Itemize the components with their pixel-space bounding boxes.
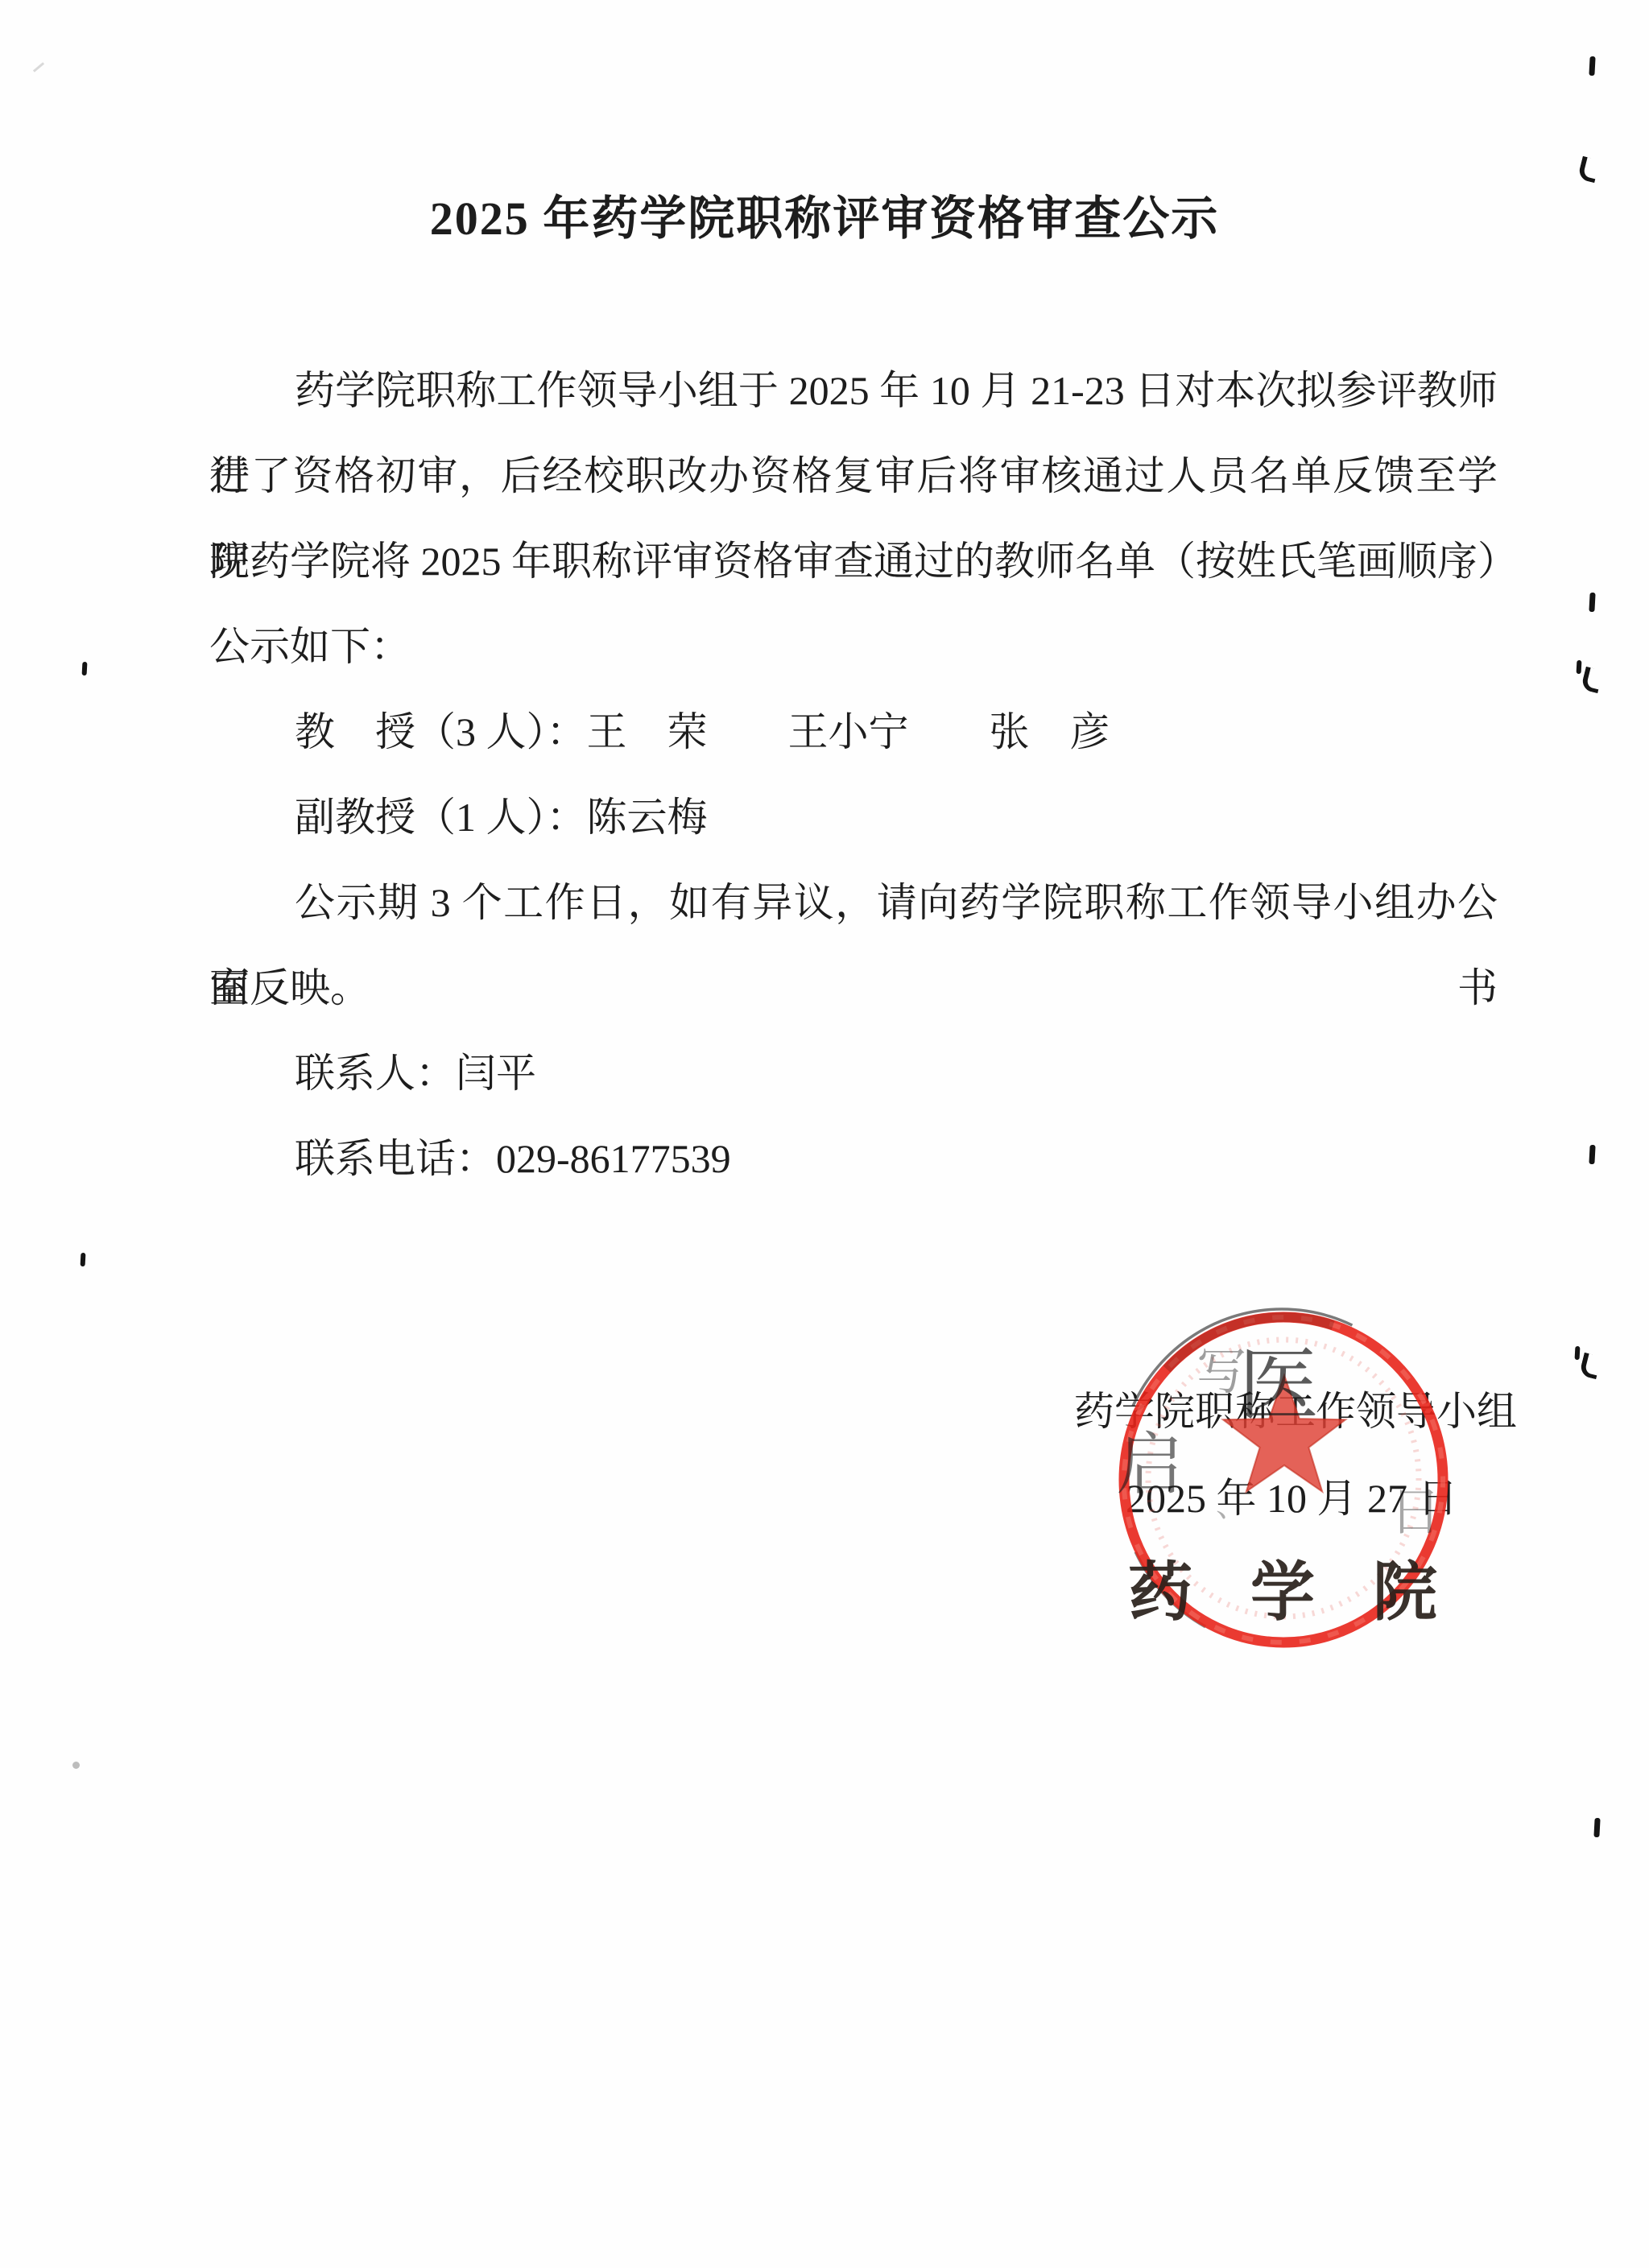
noise-mark [82,662,88,675]
noise-mark [1589,593,1595,612]
noise-mark [1593,1818,1600,1837]
text-line: 公示如下： [209,604,1498,689]
ghost-character: 日 [1390,1484,1441,1541]
text-line: 现药学院将 2025 年职称评审资格审查通过的教师名单（按姓氏笔画顺序） [209,518,1498,604]
ghost-character: 、 [1216,1487,1248,1523]
noise-mark [33,62,44,72]
ghost-character: 医 [1238,1341,1319,1431]
official-seal: 医 写 启 日 、 药 学 院 [1111,1303,1465,1665]
noise-mark [1577,156,1600,183]
text-line-associate-professor-list: 副教授（1 人）：陈云梅 [209,775,1498,860]
ghost-character: 写 [1196,1345,1246,1400]
text-line-contact-phone: 联系电话：029-86177539 [209,1116,1498,1201]
noise-mark [1577,660,1582,674]
noise-mark [1581,667,1603,693]
page-title: 2025 年药学院职称评审资格审查公示 [0,180,1649,248]
noise-mark [81,1253,86,1266]
text-line: 行了资格初审，后经校职改办资格复审后将审核通过人员名单反馈至学院。 [209,433,1498,518]
noise-mark [1579,1353,1601,1379]
noise-mark [72,1762,80,1769]
body-text: 药学院职称工作领导小组于 2025 年 10 月 21-23 日对本次拟参评教师… [209,348,1498,1201]
noise-mark [1589,56,1595,76]
ghost-character: 启 [1116,1428,1184,1503]
text-line-contact-person: 联系人：闫平 [209,1031,1498,1116]
text-line: 药学院职称工作领导小组于 2025 年 10 月 21-23 日对本次拟参评教师… [209,348,1498,433]
text-line: 公示期 3 个工作日，如有异议，请向药学院职称工作领导小组办公室书 [209,860,1498,945]
seal-name-text: 药 学 院 [1128,1558,1458,1629]
noise-mark [1589,1145,1595,1164]
noise-mark [1575,1346,1581,1360]
scanned-document-page: 2025 年药学院职称评审资格审查公示 药学院职称工作领导小组于 2025 年 … [0,0,1649,2268]
text-line-professor-list: 教 授（3 人）：王 荣 王小宁 张 彦 [209,689,1498,775]
